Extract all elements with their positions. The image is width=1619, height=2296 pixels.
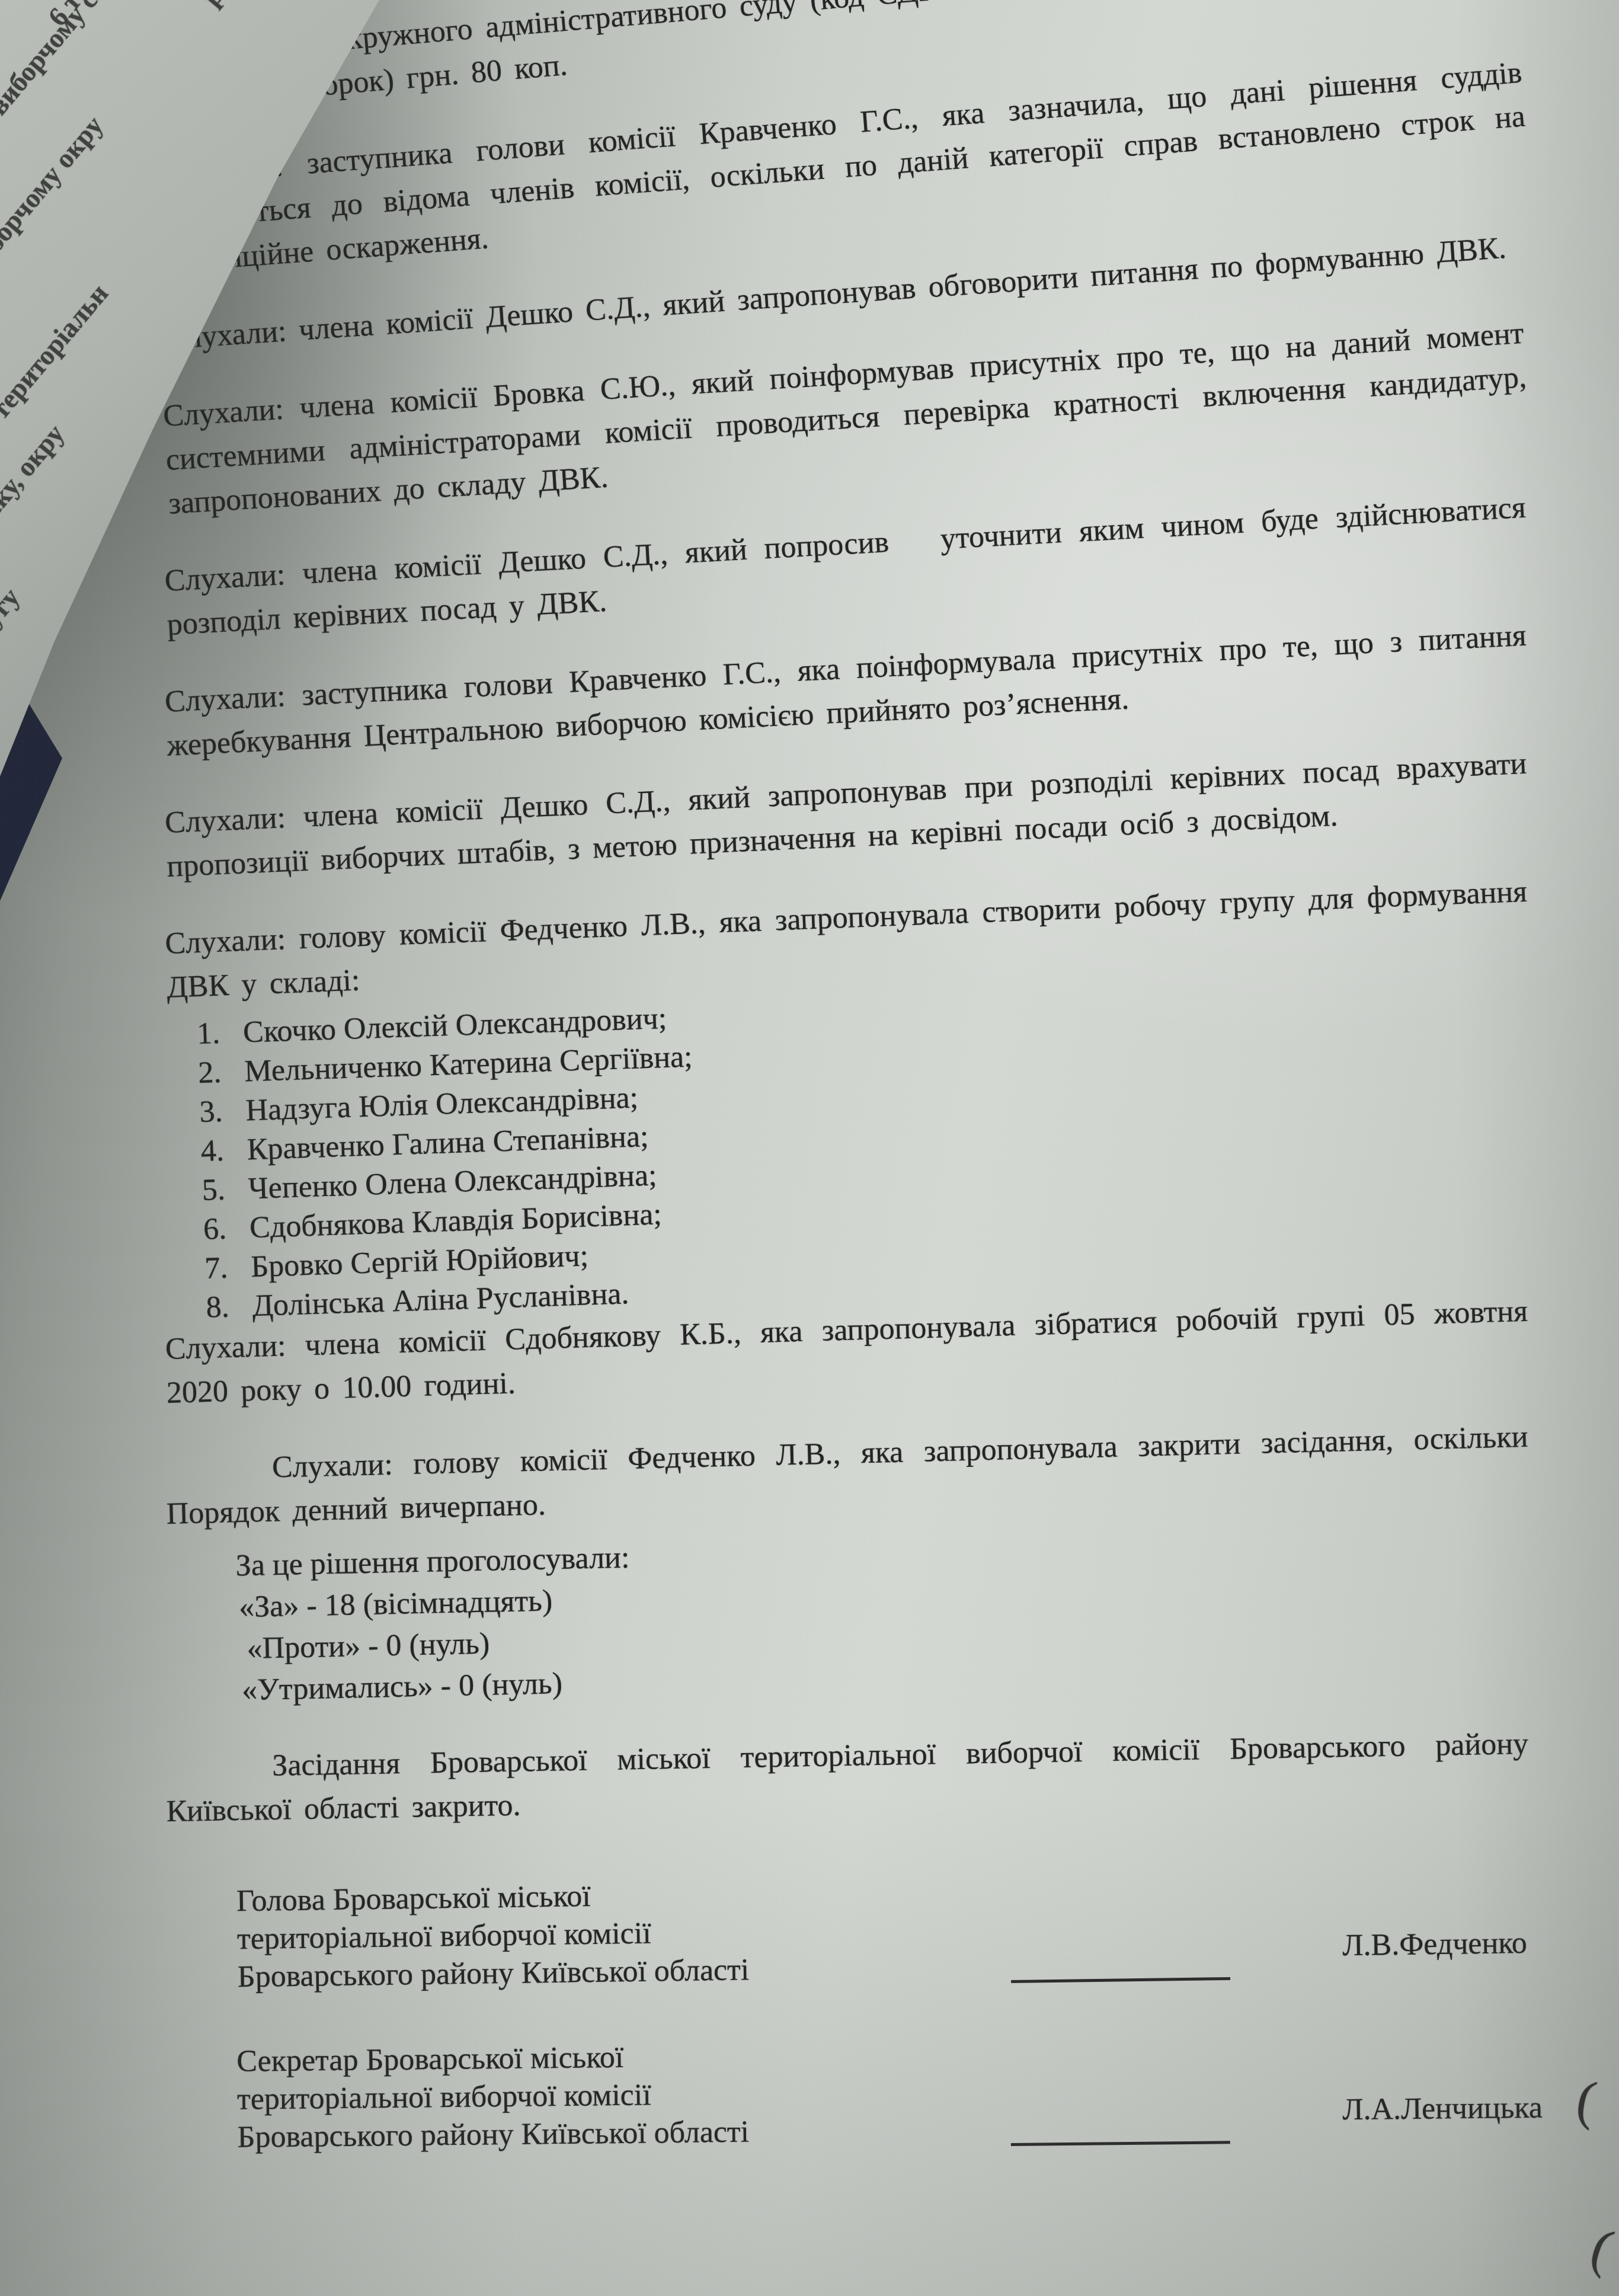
protocol-page: Київського окружного адміністративного с…: [166, 32, 1529, 2204]
paragraph-deshko-proposal: Слухали: члена комісії Дешко С.Д., який …: [164, 742, 1530, 889]
curl-text-fragment: му округу: [0, 581, 26, 696]
member-number: 8.: [206, 1287, 253, 1328]
member-number: 1.: [196, 1013, 244, 1054]
curl-text-fragment: в територіальн: [0, 278, 114, 441]
signature-block-secretary: Секретар Броварської міської територіаль…: [165, 2029, 1530, 2157]
paragraph-session-closed: Засідання Броварської міської територіал…: [165, 1722, 1530, 1834]
signature-block-head: Голова Броварської міської територіально…: [165, 1865, 1530, 1997]
document-photo: Київського окружного адміністративного с…: [0, 0, 1619, 2296]
signature-name: Л.А.Ленчицька: [1342, 2090, 1543, 2128]
paragraph-fedchenko-close: Слухали: голову комісії Федченко Л.В., я…: [165, 1415, 1530, 1536]
member-number: 2.: [197, 1053, 245, 1093]
vote-results: За це рішення проголосували: «За» - 18 (…: [164, 1518, 1530, 1713]
workgroup-member-list: 1.Скочко Олексій Олександрович; 2.Мельни…: [196, 971, 1533, 1328]
member-number: 4.: [200, 1130, 248, 1171]
signature-name: Л.В.Федченко: [1342, 1926, 1527, 1963]
member-number: 7.: [204, 1248, 251, 1288]
member-number: 6.: [203, 1208, 250, 1249]
paragraph-kravchenko-lottery: Слухали: заступника голови Кравченко Г.С…: [164, 614, 1529, 768]
member-number: 3.: [199, 1091, 247, 1132]
curl-text-fragment: у списку, окру: [0, 418, 71, 571]
curl-text-fragment: виборчому окру: [0, 110, 109, 281]
member-number: 5.: [201, 1169, 249, 1210]
curl-text-fragment: виборчому списку;: [0, 0, 156, 121]
curl-text-fragment: рчому спис: [196, 0, 308, 12]
page-edge-mark: (: [1572, 2067, 1601, 2132]
page-edge-mark: (: [1583, 2215, 1619, 2281]
